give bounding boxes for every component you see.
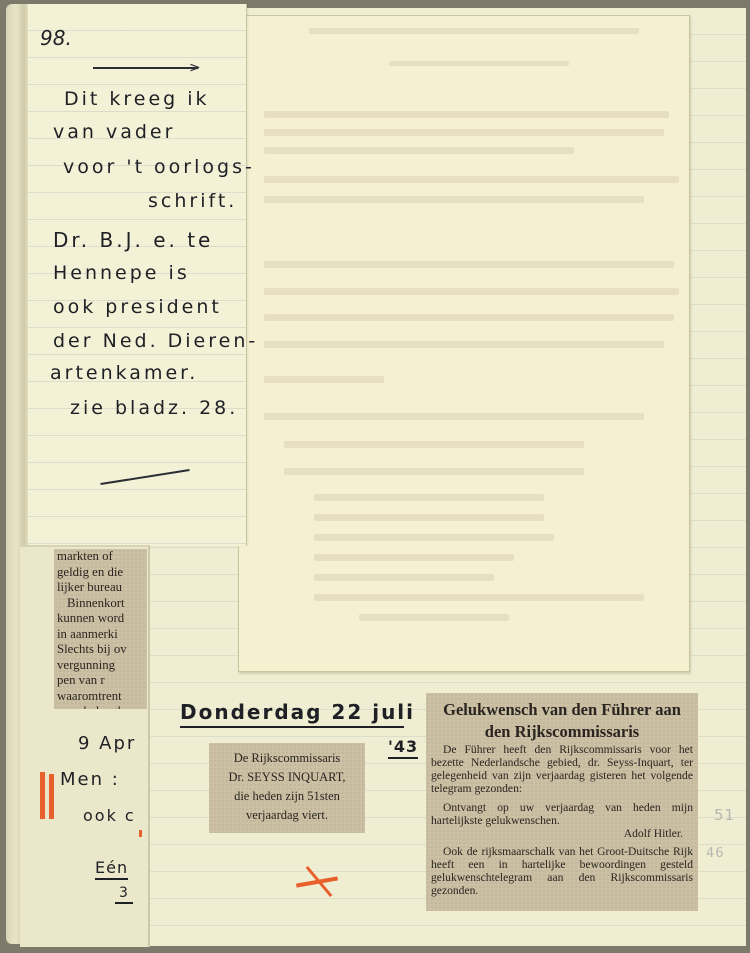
clipping-line: die heden zijn 51sten	[209, 787, 365, 806]
article-quote: Ontvangt op uw verjaardag van heden mijn…	[431, 801, 693, 827]
pasted-typed-sheet	[238, 15, 690, 672]
newspaper-clipping-partial: markten of geldig en die lijker bureau B…	[54, 549, 147, 709]
clipping-line: Dr. SEYSS INQUART,	[209, 768, 365, 787]
strip-note: ook c	[83, 806, 136, 825]
handwritten-note-page: 98. > Dit kreeg ik van vader voor 't oor…	[28, 4, 247, 546]
red-pencil-mark	[40, 772, 45, 819]
red-pencil-dot	[139, 830, 142, 837]
clipping-line: waaromtrent	[57, 689, 147, 705]
note-line: zie bladz. 28.	[70, 397, 238, 419]
date-year: '43	[388, 737, 418, 759]
note-line: Dit kreeg ik	[64, 88, 210, 110]
date-heading: Donderdag 22 juli	[180, 700, 404, 728]
clipping-line: kunnen word	[57, 611, 147, 627]
closing-line	[100, 469, 189, 485]
note-line: van vader	[53, 121, 175, 143]
strip-note: Eén	[95, 858, 128, 880]
article-paragraph: De Führer heeft den Rijkscommissaris voo…	[431, 743, 693, 795]
arrow-line	[93, 67, 198, 69]
note-line: der Ned. Dieren-	[53, 330, 258, 352]
arrow-right-icon: >	[189, 60, 201, 76]
margin-note-faint: 46	[706, 846, 725, 861]
clipping-line: geldig en die	[57, 565, 147, 581]
clipping-line: lijker bureau	[57, 580, 147, 596]
clipping-line: verjaardag viert.	[209, 806, 365, 825]
strip-note: Men :	[60, 769, 120, 790]
page-number: 98.	[40, 26, 72, 50]
clipping-line: Slechts bij ov	[57, 642, 147, 658]
article-title: Gelukwensch van den Führer aan	[431, 699, 693, 721]
clipping-line: pen van r	[57, 673, 147, 689]
red-pencil-mark	[49, 774, 54, 819]
strip-note: 3	[115, 885, 133, 904]
note-line: Dr. B.J. e. te	[53, 228, 213, 252]
note-line: schrift.	[148, 190, 237, 212]
margin-note-faint: 51	[714, 806, 735, 824]
clipping-line: markten of	[57, 549, 147, 565]
article-paragraph: Ook de rijksmaarschalk van het Groot-Dui…	[431, 845, 693, 897]
note-line: Hennepe is	[53, 262, 190, 284]
article-signature: Adolf Hitler.	[431, 827, 693, 840]
clipping-line: voor belangh	[57, 704, 147, 709]
article-title: den Rijkscommissaris	[431, 721, 693, 743]
note-line: artenkamer.	[50, 362, 198, 384]
clipping-line: De Rijkscommissaris	[209, 749, 365, 768]
clipping-line: in aanmerki	[57, 627, 147, 643]
strip-note: 9 Apr	[78, 733, 136, 754]
clipping-line: vergunning	[57, 658, 147, 674]
clipping-line: Binnenkort	[57, 596, 147, 612]
note-line: voor 't oorlogs-	[63, 156, 255, 178]
note-line: ook president	[53, 296, 222, 318]
clipping-telegram-article: Gelukwensch van den Führer aan den Rijks…	[426, 693, 698, 911]
clipping-birthday-notice: De Rijkscommissaris Dr. SEYSS INQUART, d…	[209, 743, 365, 833]
